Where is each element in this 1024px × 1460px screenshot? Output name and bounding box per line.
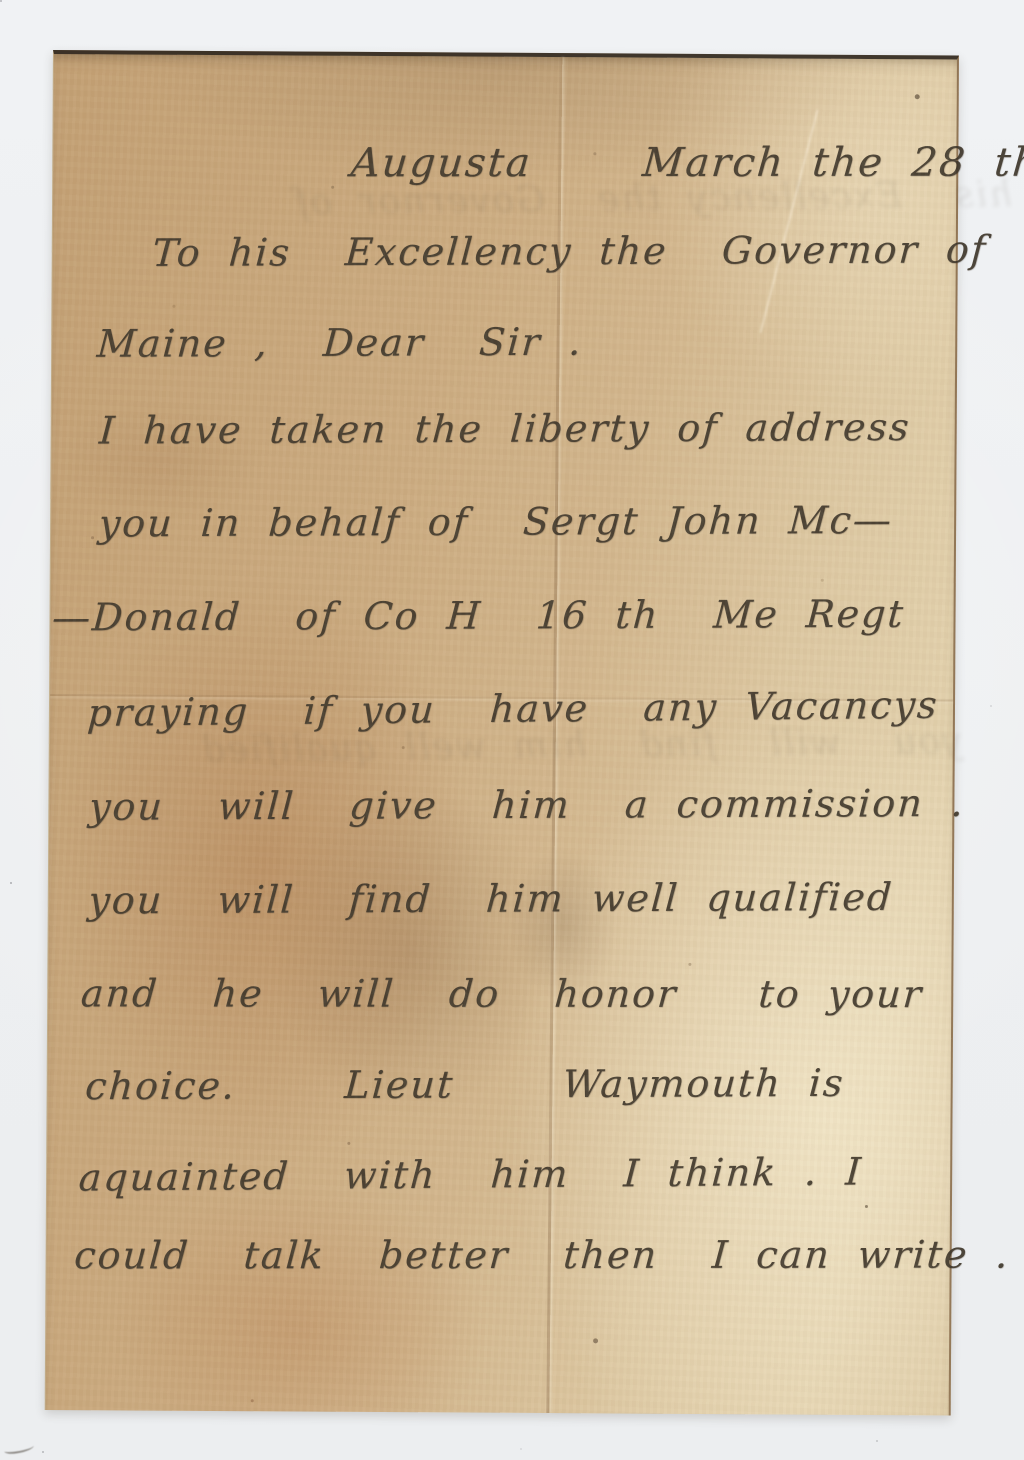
letter-line-body-7: and he will do honor to your	[80, 971, 925, 1016]
letter-line-date: Augusta March the 28 th.	[349, 140, 1024, 187]
letter-line-address-2: Maine , Dear Sir .	[96, 320, 585, 366]
letter-line-body-3: —Donald of Co H 16 th Me Regt	[51, 592, 906, 640]
letter-line-body-1: I have taken the liberty of address	[98, 405, 912, 453]
letter-line-body-9: aquainted with him I think . I	[77, 1150, 864, 1200]
background-specks	[0, 0, 2, 2]
paper-specks	[54, 54, 57, 57]
letter-line-body-10: could talk better then I can write .	[73, 1233, 1011, 1278]
letter-line-body-6: you will find him well qualified	[87, 875, 895, 922]
letter-line-body-2: you in behalf of Sergt John Mc—	[97, 498, 894, 545]
letter-line-body-4: praying if you have any Vacancys	[86, 683, 940, 735]
scan-background: To his Excellency the Governor of you wi…	[0, 0, 1024, 1460]
letter-line-address-1: To his Excellency the Governor of	[151, 227, 988, 275]
stray-ink-mark	[4, 1442, 35, 1455]
letter-page: To his Excellency the Governor of you wi…	[45, 50, 959, 1416]
letter-line-body-8: choice. Lieut Waymouth is	[84, 1061, 846, 1108]
letter-line-body-5: you will give him a commission .	[88, 781, 967, 829]
